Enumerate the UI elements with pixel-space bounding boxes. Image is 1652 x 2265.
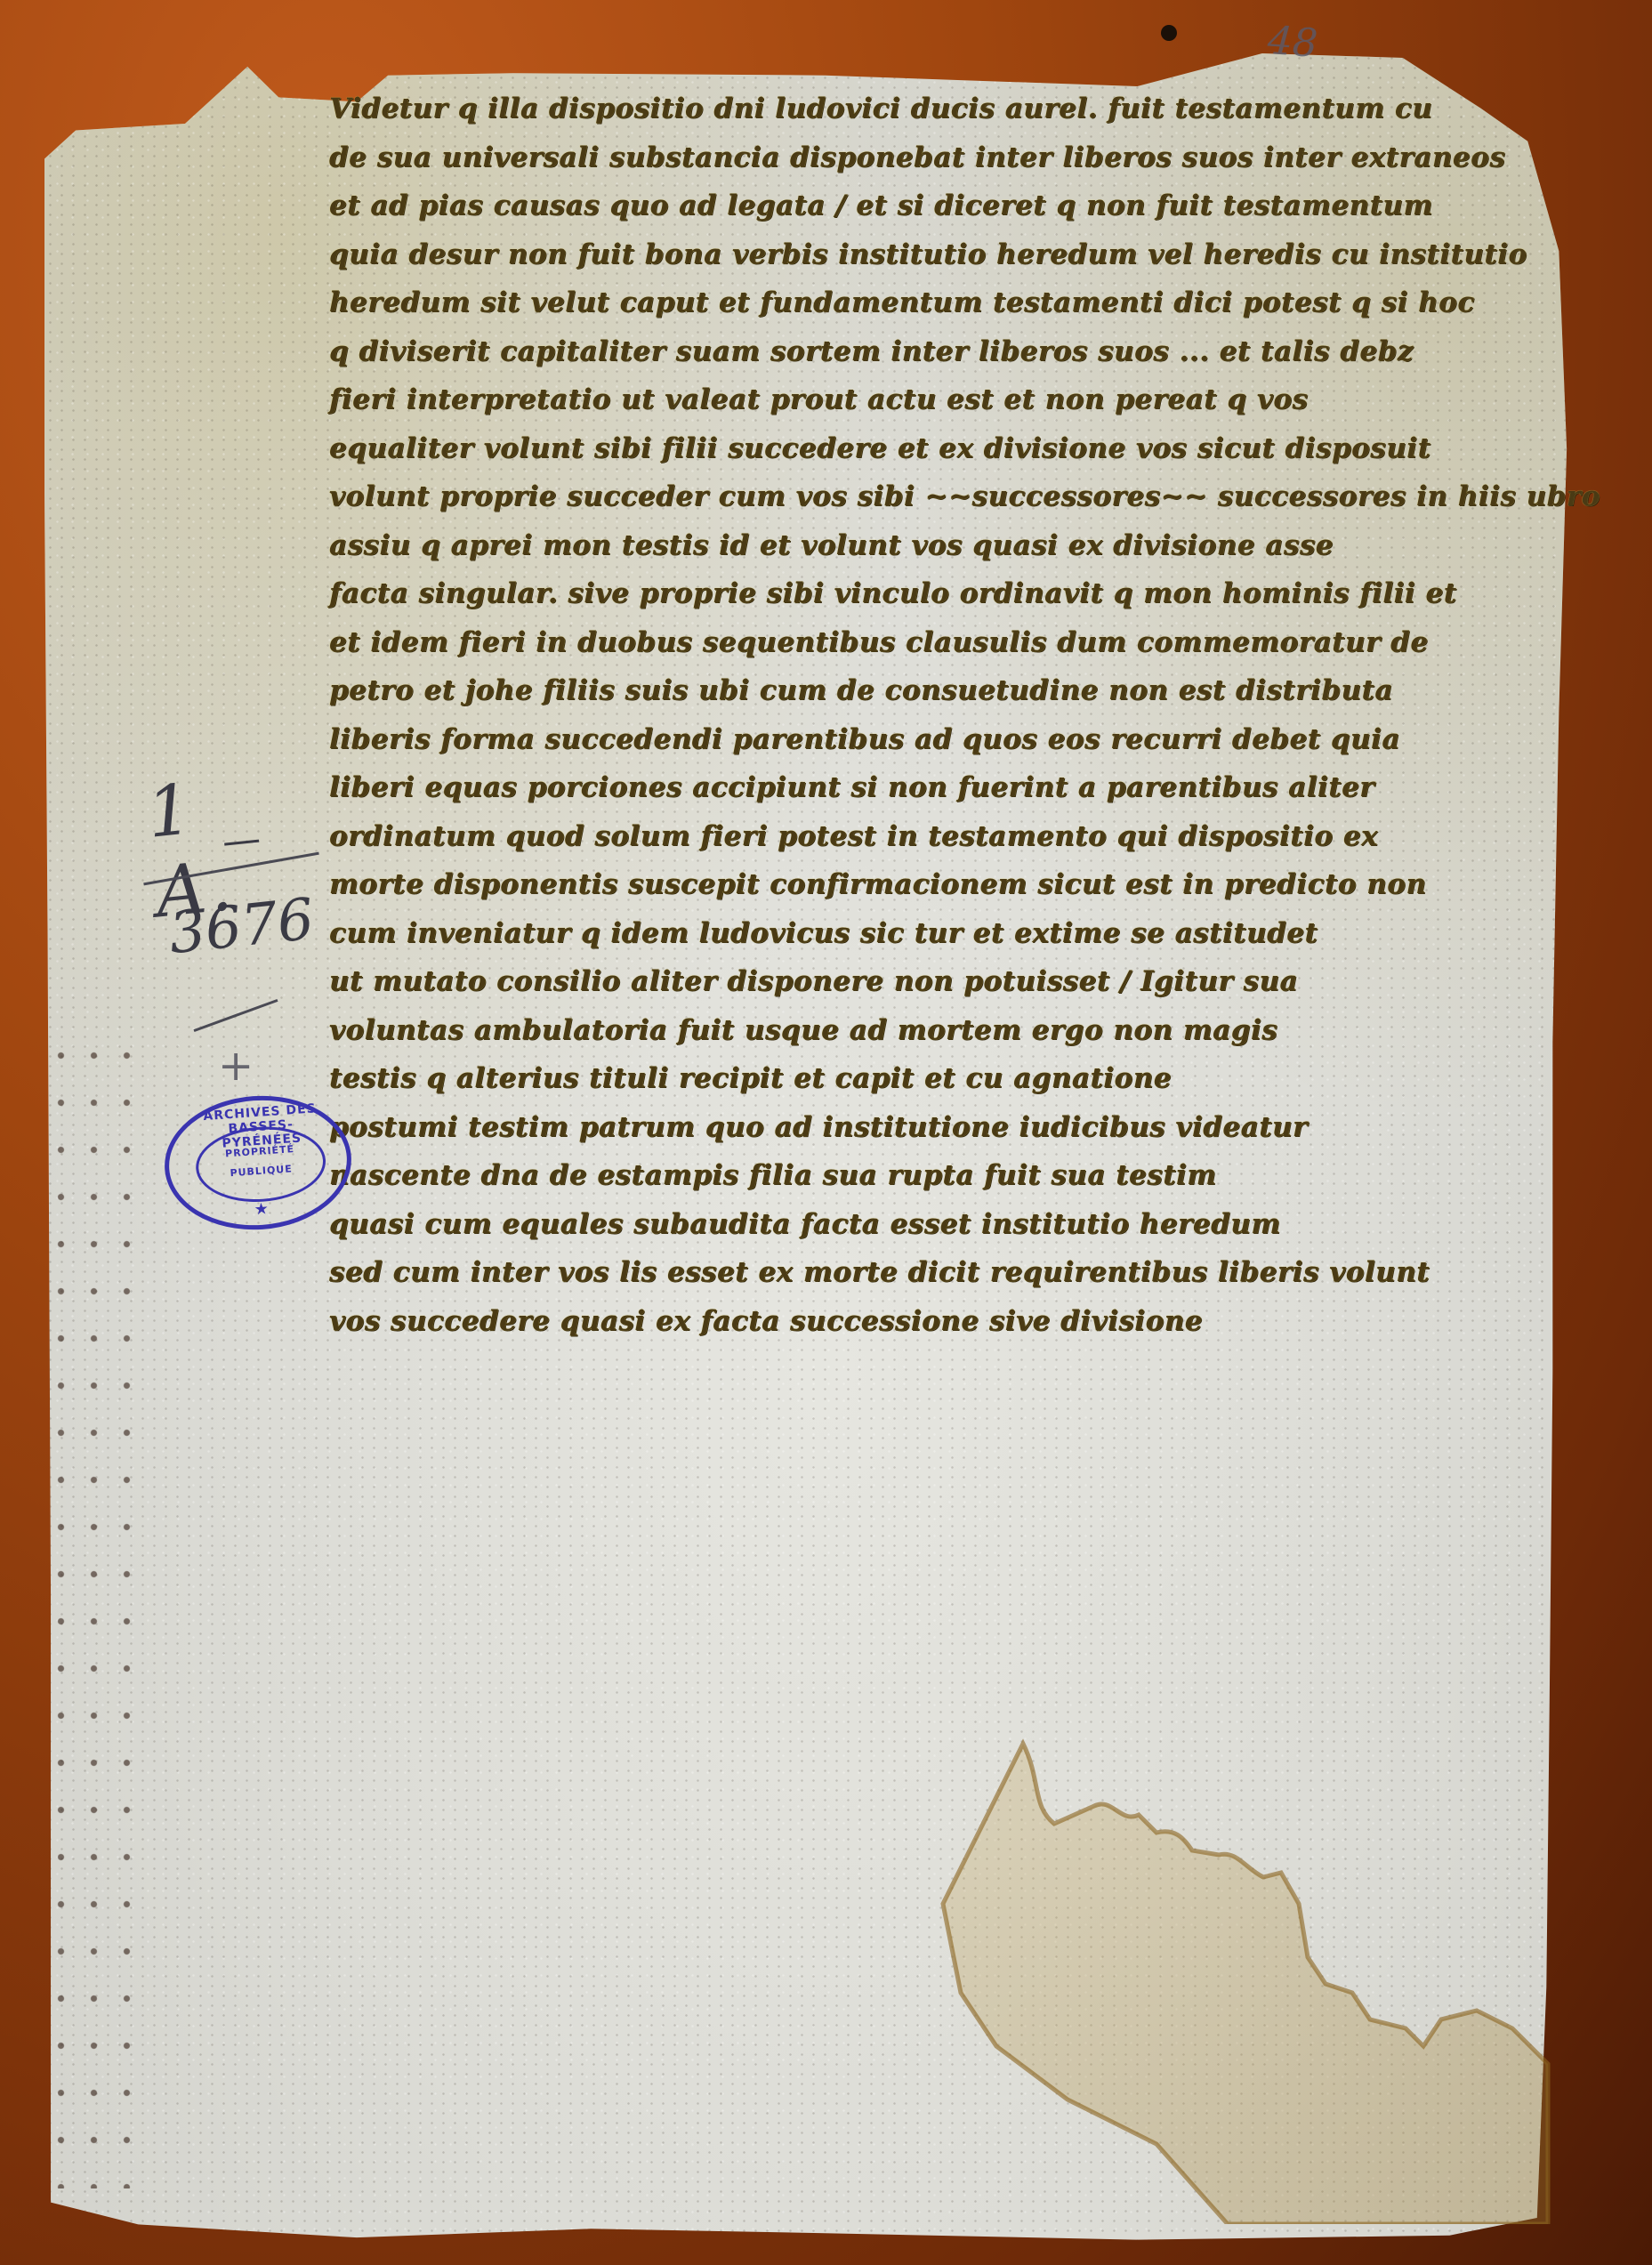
folio-number: 48 xyxy=(1266,18,1318,67)
manuscript-line: morte disponentis suscepit confirmacione… xyxy=(329,860,1601,909)
manuscript-line: assiu q aprei mon testis id et volunt vo… xyxy=(329,521,1601,570)
manuscript-line: liberi equas porciones accipiunt si non … xyxy=(329,763,1601,812)
manuscript-line: sed cum inter vos lis esset ex morte dic… xyxy=(329,1248,1601,1297)
manuscript-line: ordinatum quod solum fieri potest in tes… xyxy=(329,812,1601,861)
manuscript-line: et ad pias causas quo ad legata / et si … xyxy=(329,181,1601,230)
manuscript-line: testis q alterius tituli recipit et capi… xyxy=(329,1054,1601,1103)
manuscript-line: cum inveniatur q idem ludovicus sic tur … xyxy=(329,909,1601,958)
parchment-hole xyxy=(1161,25,1177,41)
manuscript-line: volunt proprie succeder cum vos sibi ~~s… xyxy=(329,472,1601,521)
manuscript-line: heredum sit velut caput et fundamentum t… xyxy=(329,278,1601,327)
manuscript-line: quia desur non fuit bona verbis institut… xyxy=(329,230,1601,279)
manuscript-line: voluntas ambulatoria fuit usque ad morte… xyxy=(329,1006,1601,1055)
water-stain xyxy=(890,1726,1566,2224)
star-icon: ★ xyxy=(254,1199,270,1219)
stamp-inner-line2: PUBLIQUE xyxy=(198,1161,324,1181)
foxing-spots xyxy=(44,1032,151,2188)
manuscript-line: petro et johe filiis suis ubi cum de con… xyxy=(329,666,1601,715)
manuscript-line: quasi cum equales subaudita facta esset … xyxy=(329,1200,1601,1249)
manuscript-line: nascente dna de estampis filia sua rupta… xyxy=(329,1151,1601,1200)
manuscript-line: fieri interpretatio ut valeat prout actu… xyxy=(329,375,1601,424)
manuscript-line: facta singular. sive proprie sibi vincul… xyxy=(329,569,1601,618)
manuscript-line: Videtur q illa dispositio dni ludovici d… xyxy=(329,85,1601,133)
manuscript-line: vos succedere quasi ex facta successione… xyxy=(329,1297,1601,1346)
manuscript-line: de sua universali substancia disponebat … xyxy=(329,133,1601,182)
manuscript-line: liberis forma succedendi parentibus ad q… xyxy=(329,715,1601,764)
manuscript-line: postumi testim patrum quo ad institution… xyxy=(329,1103,1601,1152)
cross-mark: + xyxy=(218,1041,254,1091)
manuscript-line: ut mutato consilio aliter disponere non … xyxy=(329,957,1601,1006)
manuscript-line: equaliter volunt sibi filii succedere et… xyxy=(329,424,1601,473)
manuscript-text: Videtur q illa dispositio dni ludovici d… xyxy=(329,85,1601,1345)
stamp-inner-line1: PROPRIÉTÉ xyxy=(197,1141,323,1162)
manuscript-line: q diviserit capitaliter suam sortem inte… xyxy=(329,327,1601,376)
manuscript-line: et idem fieri in duobus sequentibus clau… xyxy=(329,618,1601,667)
